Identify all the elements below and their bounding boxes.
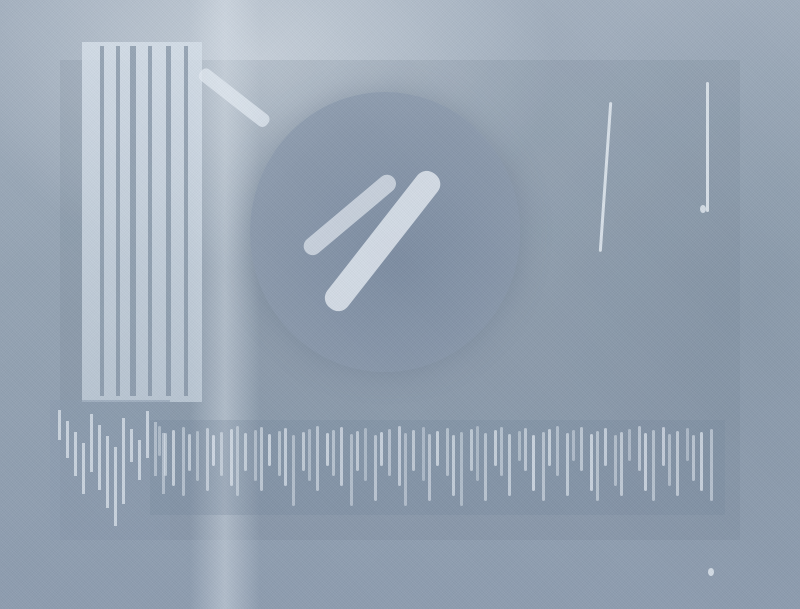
scratch-mark bbox=[706, 82, 709, 212]
script-stroke bbox=[244, 433, 247, 471]
script-stroke bbox=[412, 430, 415, 471]
base-mark bbox=[98, 425, 101, 490]
base-mark bbox=[66, 421, 69, 458]
speck-mark bbox=[700, 205, 706, 213]
script-stroke bbox=[508, 434, 511, 496]
script-stroke bbox=[356, 431, 359, 471]
script-stroke bbox=[628, 429, 631, 461]
script-stroke bbox=[340, 427, 343, 486]
script-stroke bbox=[532, 435, 535, 491]
script-stroke bbox=[158, 426, 161, 456]
script-stroke bbox=[236, 426, 239, 496]
script-stroke bbox=[556, 426, 559, 476]
script-stroke bbox=[662, 427, 665, 466]
script-stroke bbox=[164, 433, 167, 476]
script-stroke bbox=[278, 431, 281, 476]
base-mark bbox=[106, 436, 109, 508]
base-mark bbox=[58, 410, 61, 440]
script-stroke bbox=[596, 431, 599, 501]
base-mark bbox=[114, 447, 117, 526]
script-stroke bbox=[350, 434, 353, 506]
script-stroke bbox=[590, 434, 593, 491]
script-stroke bbox=[332, 430, 335, 476]
script-stroke bbox=[268, 434, 271, 466]
base-mark bbox=[90, 414, 93, 472]
script-stroke bbox=[524, 428, 527, 471]
script-stroke bbox=[580, 427, 583, 471]
base-mark bbox=[74, 432, 77, 476]
script-stroke bbox=[326, 433, 329, 466]
script-stroke bbox=[572, 430, 575, 461]
script-band bbox=[150, 420, 725, 515]
script-stroke bbox=[292, 435, 295, 506]
script-stroke bbox=[620, 432, 623, 496]
script-stroke bbox=[404, 433, 407, 506]
script-stroke bbox=[476, 426, 479, 481]
script-stroke bbox=[302, 432, 305, 471]
script-stroke bbox=[500, 427, 503, 476]
script-stroke bbox=[428, 434, 431, 501]
base-mark bbox=[82, 443, 85, 494]
script-stroke bbox=[374, 435, 377, 501]
script-stroke bbox=[284, 428, 287, 486]
script-stroke bbox=[254, 430, 257, 481]
script-stroke bbox=[388, 429, 391, 476]
script-stroke bbox=[652, 430, 655, 501]
script-stroke bbox=[436, 431, 439, 466]
script-stroke bbox=[380, 432, 383, 466]
script-stroke bbox=[566, 433, 569, 496]
script-stroke bbox=[614, 435, 617, 486]
base-mark bbox=[146, 411, 149, 458]
script-stroke bbox=[638, 426, 641, 471]
script-stroke bbox=[398, 426, 401, 486]
left-white-column bbox=[82, 42, 202, 402]
script-stroke bbox=[422, 427, 425, 481]
base-mark bbox=[122, 418, 125, 504]
script-stroke bbox=[604, 428, 607, 466]
script-stroke bbox=[182, 427, 185, 496]
script-stroke bbox=[644, 433, 647, 491]
script-stroke bbox=[668, 434, 671, 486]
script-stroke bbox=[484, 433, 487, 501]
script-stroke bbox=[692, 435, 695, 481]
script-stroke bbox=[308, 429, 311, 481]
script-stroke bbox=[518, 431, 521, 461]
script-stroke bbox=[188, 434, 191, 471]
script-stroke bbox=[316, 426, 319, 491]
script-stroke bbox=[220, 432, 223, 476]
script-stroke bbox=[542, 432, 545, 501]
script-stroke bbox=[172, 430, 175, 486]
base-mark bbox=[130, 429, 133, 462]
speck-mark bbox=[708, 568, 714, 576]
script-stroke bbox=[364, 428, 367, 481]
script-stroke bbox=[700, 432, 703, 491]
script-stroke bbox=[676, 431, 679, 496]
script-stroke bbox=[494, 430, 497, 466]
script-stroke bbox=[686, 428, 689, 461]
script-stroke bbox=[460, 432, 463, 506]
script-stroke bbox=[260, 427, 263, 491]
script-stroke bbox=[710, 429, 713, 501]
script-stroke bbox=[446, 428, 449, 476]
script-stroke bbox=[212, 435, 215, 466]
photographic-print bbox=[0, 0, 800, 609]
base-mark bbox=[138, 440, 141, 480]
script-stroke bbox=[206, 428, 209, 491]
script-stroke bbox=[548, 429, 551, 466]
script-stroke bbox=[470, 429, 473, 471]
script-stroke bbox=[452, 435, 455, 496]
script-stroke bbox=[196, 431, 199, 481]
script-stroke bbox=[230, 429, 233, 486]
